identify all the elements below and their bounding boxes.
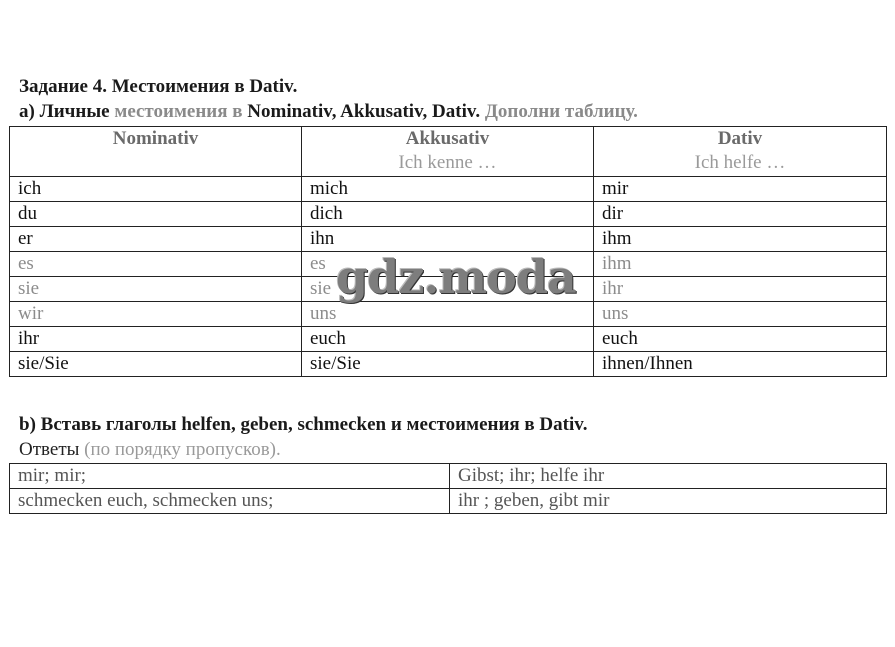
answers-table: mir; mir;Gibst; ihr; helfe ihrschmecken … bbox=[9, 463, 887, 514]
table-row: sie/Siesie/Sieihnen/Ihnen bbox=[10, 352, 887, 377]
table-cell: sie bbox=[10, 277, 302, 302]
table-cell: du bbox=[10, 202, 302, 227]
worksheet-page: Задание 4. Местоимения в Dativ. a) Личны… bbox=[0, 0, 895, 647]
table-row: dudichdir bbox=[10, 202, 887, 227]
column-header-dativ: Dativ Ich helfe … bbox=[594, 127, 887, 177]
answers-label: Ответы (по порядку пропусков). bbox=[19, 439, 281, 461]
table-row: erihnihm bbox=[10, 227, 887, 252]
answer-cell: Gibst; ihr; helfe ihr bbox=[450, 464, 887, 489]
part-b-heading-prefix: b) Вставь глаголы helfen, geben, schmeck… bbox=[19, 414, 391, 435]
answers-table-body: mir; mir;Gibst; ihr; helfe ihrschmecken … bbox=[10, 464, 887, 514]
column-header-akkusativ: Akkusativ Ich kenne … bbox=[302, 127, 594, 177]
table-cell: ich bbox=[10, 177, 302, 202]
answer-cell: mir; mir; bbox=[10, 464, 450, 489]
table-cell: er bbox=[10, 227, 302, 252]
table-cell: uns bbox=[302, 302, 594, 327]
exercise-title: Задание 4. Местоимения в Dativ. bbox=[19, 76, 297, 98]
table-cell: es bbox=[302, 252, 594, 277]
part-b-heading-suffix: и местоимения в Dativ. bbox=[391, 414, 588, 435]
answer-row: mir; mir;Gibst; ihr; helfe ihr bbox=[10, 464, 887, 489]
table-cell: mir bbox=[594, 177, 887, 202]
table-cell: dich bbox=[302, 202, 594, 227]
answer-cell: ihr ; geben, gibt mir bbox=[450, 489, 887, 514]
pronoun-table: Nominativ Akkusativ Ich kenne … Dativ Ic… bbox=[9, 126, 887, 377]
table-cell: uns bbox=[594, 302, 887, 327]
table-cell: euch bbox=[302, 327, 594, 352]
table-cell: ihn bbox=[302, 227, 594, 252]
table-row: esesihm bbox=[10, 252, 887, 277]
table-row: wirunsuns bbox=[10, 302, 887, 327]
table-row: siesieihr bbox=[10, 277, 887, 302]
part-a-heading-prefix: a) Личные bbox=[19, 101, 114, 122]
part-a-heading-mid: местоимения в bbox=[114, 101, 247, 122]
table-row: ichmichmir bbox=[10, 177, 887, 202]
table-cell: sie/Sie bbox=[10, 352, 302, 377]
table-cell: es bbox=[10, 252, 302, 277]
table-cell: dir bbox=[594, 202, 887, 227]
table-cell: mich bbox=[302, 177, 594, 202]
answer-row: schmecken euch, schmecken uns;ihr ; gebe… bbox=[10, 489, 887, 514]
column-header-nominativ: Nominativ bbox=[10, 127, 302, 177]
part-b-heading: b) Вставь глаголы helfen, geben, schmeck… bbox=[19, 414, 587, 436]
answer-cell: schmecken euch, schmecken uns; bbox=[10, 489, 450, 514]
part-a-heading-suffix: Дополни таблицу. bbox=[485, 101, 638, 122]
table-cell: euch bbox=[594, 327, 887, 352]
table-cell: ihm bbox=[594, 227, 887, 252]
table-cell: sie/Sie bbox=[302, 352, 594, 377]
table-cell: ihnen/Ihnen bbox=[594, 352, 887, 377]
table-row: ihreucheuch bbox=[10, 327, 887, 352]
pronoun-table-body: ichmichmirdudichdirerihnihmesesihmsiesie… bbox=[10, 177, 887, 377]
table-header-row: Nominativ Akkusativ Ich kenne … Dativ Ic… bbox=[10, 127, 887, 177]
part-a-heading: a) Личные местоимения в Nominativ, Akkus… bbox=[19, 101, 638, 123]
table-cell: ihr bbox=[594, 277, 887, 302]
table-cell: wir bbox=[10, 302, 302, 327]
table-cell: ihr bbox=[10, 327, 302, 352]
table-cell: ihm bbox=[594, 252, 887, 277]
part-a-heading-cases: Nominativ, Akkusativ, Dativ. bbox=[247, 101, 485, 122]
table-cell: sie bbox=[302, 277, 594, 302]
